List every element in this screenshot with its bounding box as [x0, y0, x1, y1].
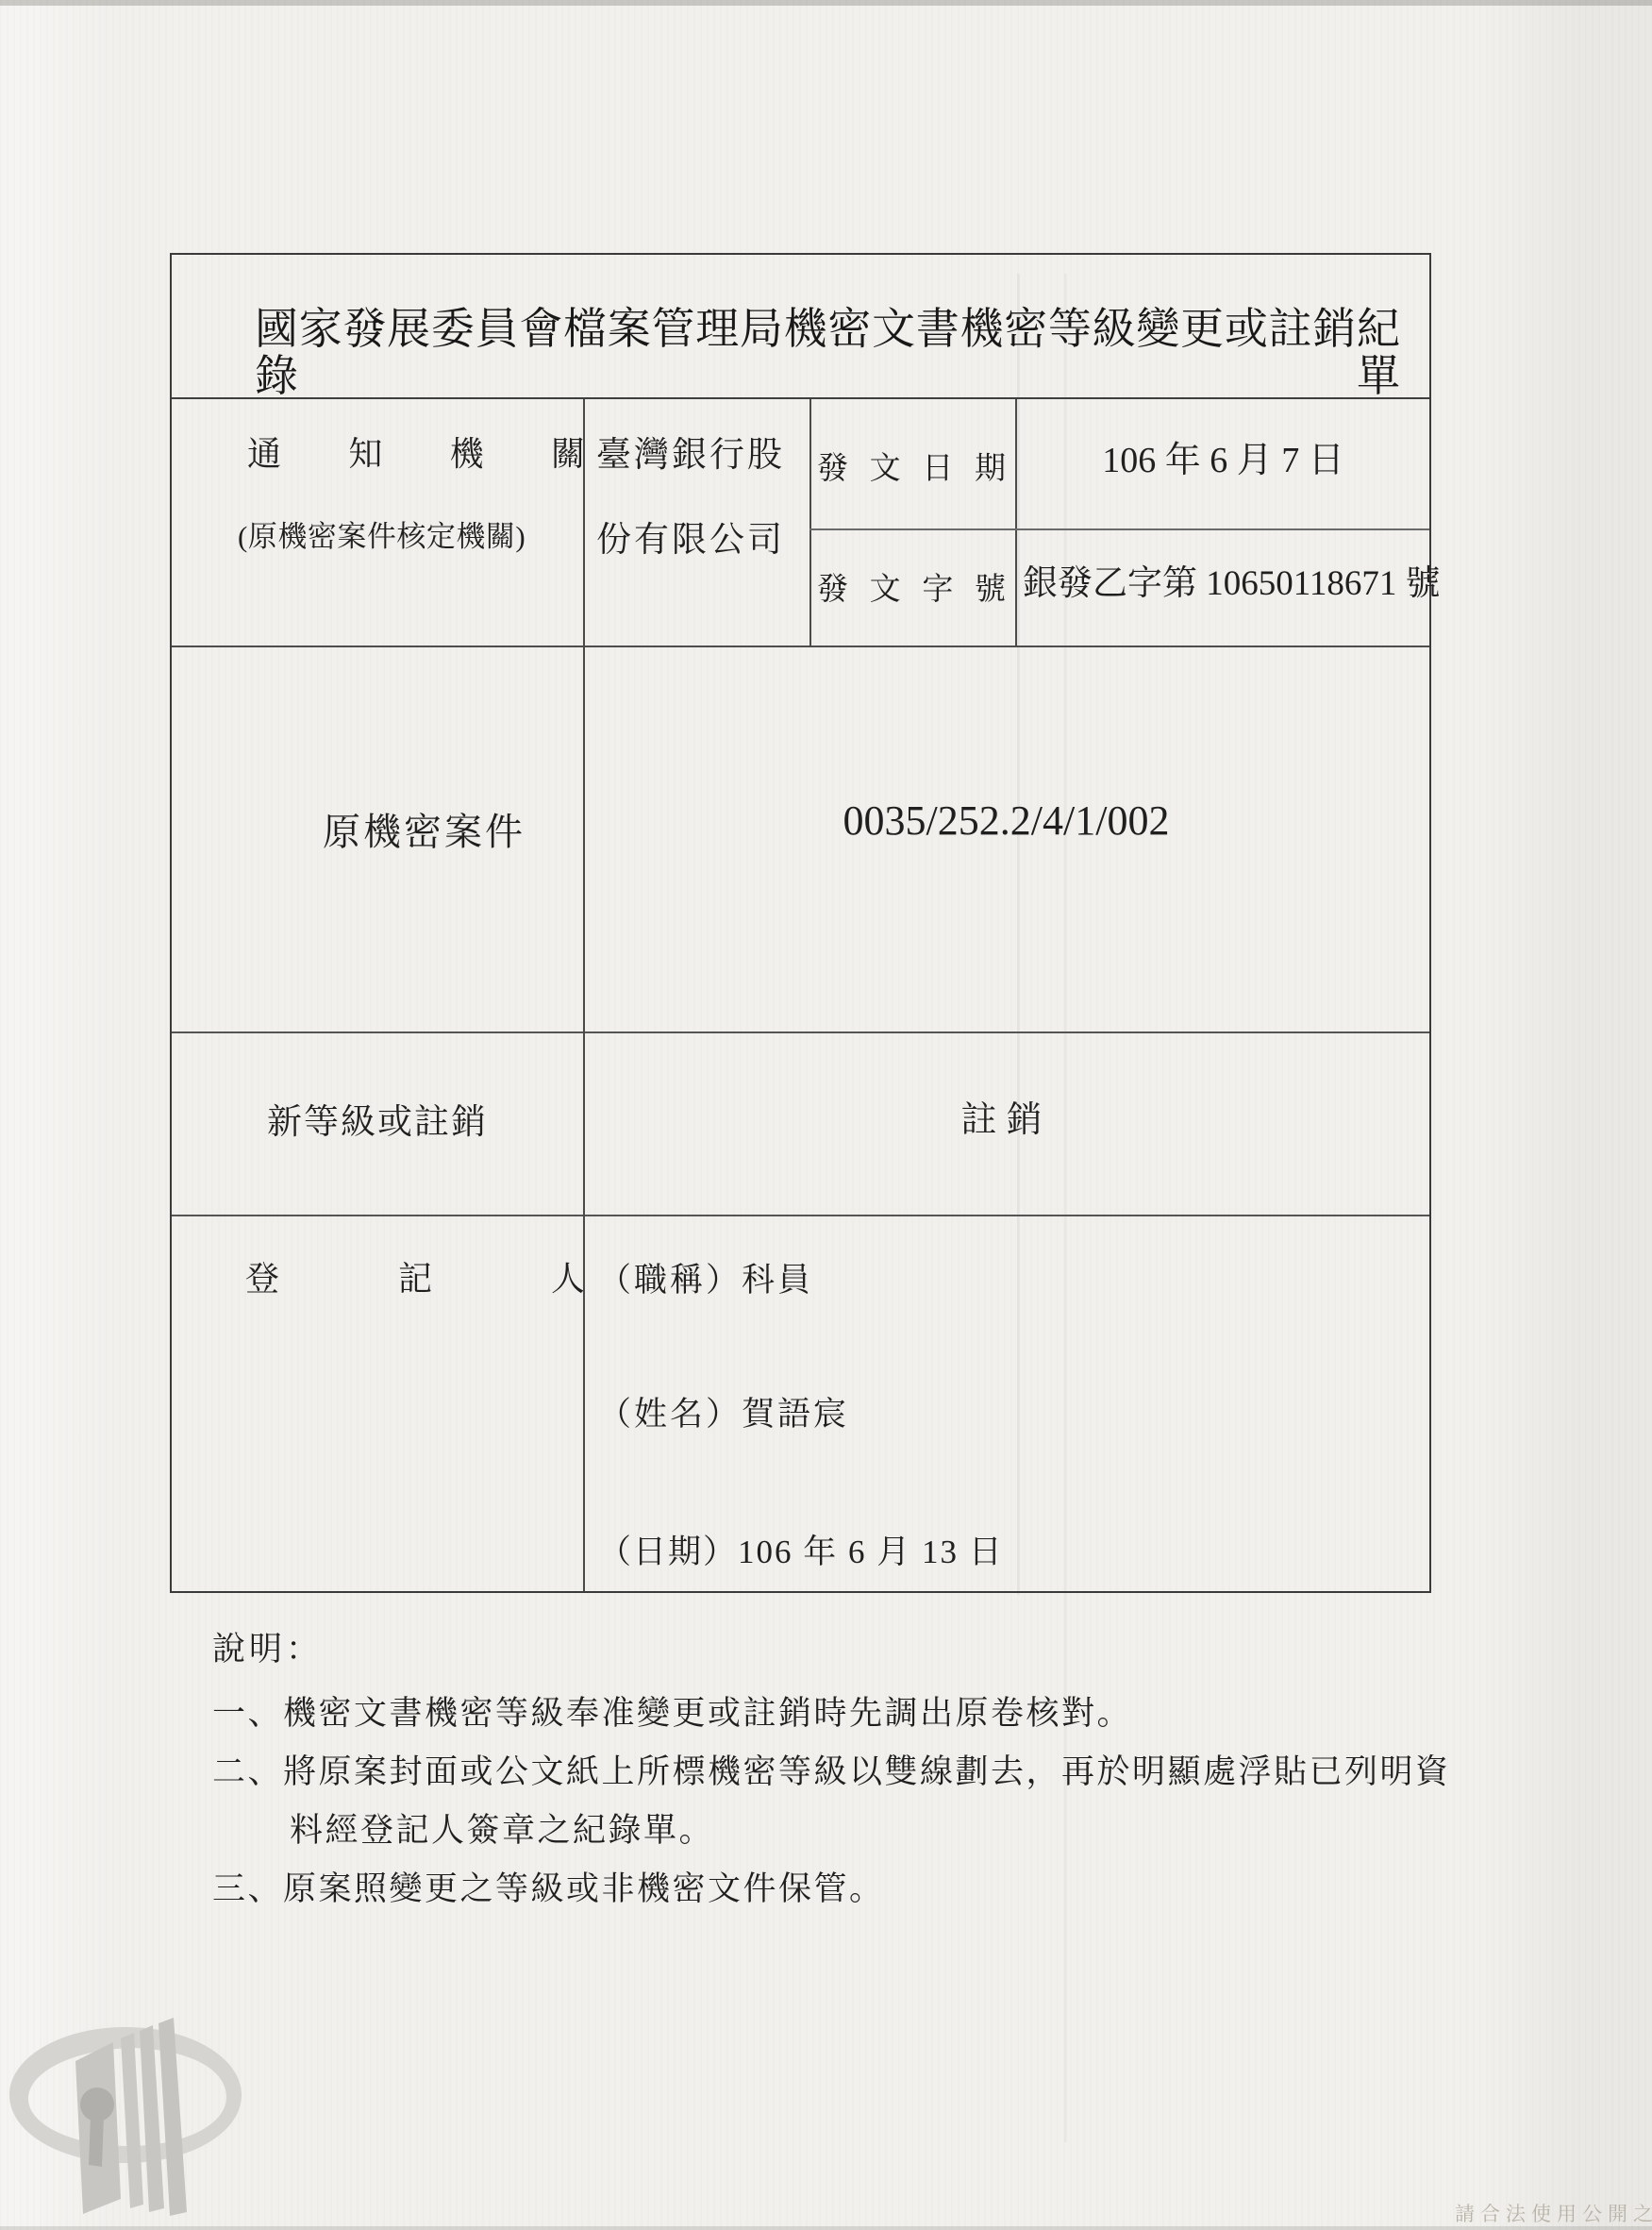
table-divider-date-column	[1015, 399, 1017, 647]
registrar-label: 登記人	[245, 1252, 585, 1300]
notify-agency-row: 通知機關 (原機密案件核定機關) 臺灣銀行股 份有限公司 發文日期 106 年 …	[172, 399, 1429, 647]
registrar-row: 登記人 （職稱）科員 （姓名）賀語宸 （日期）106 年 6 月 13 日	[172, 1216, 1429, 1591]
issue-date-value: 106 年 6 月 7 日	[1017, 430, 1429, 482]
usage-watermark-text: 請合法使用公開之影像	[1455, 2199, 1652, 2227]
notes-heading: 說明：	[212, 1623, 323, 1670]
new-level-value: 註銷	[583, 1090, 1429, 1142]
issue-date-label: 發文日期	[817, 444, 1006, 488]
note-item-2: 二、將原案封面或公文紙上所標機密等級以雙線劃去，再於明顯處浮貼已列明資	[212, 1746, 1451, 1793]
form-title-row: 國家發展委員會檔案管理局機密文書機密等級變更或註銷紀錄單	[172, 255, 1429, 399]
issue-number-value: 銀發乙字第 10650118671 號	[1023, 554, 1429, 605]
note-item-2-continued: 料經登記人簽章之紀錄單。	[290, 1804, 714, 1852]
table-divider-agency-column	[809, 399, 811, 647]
registrar-name: （姓名）賀語宸	[598, 1388, 849, 1435]
table-divider-label-column	[583, 399, 585, 1591]
archives-logo-svg	[8, 2006, 245, 2216]
notify-agency-sublabel: (原機密案件核定機關)	[238, 512, 589, 555]
note-item-1: 一、機密文書機密等級奉准變更或註銷時先調出原卷核對。	[212, 1687, 1132, 1735]
original-case-value: 0035/252.2/4/1/002	[583, 796, 1429, 845]
scanned-document-page: { "document": { "title": "國家發展委員會檔案管理局機密…	[0, 0, 1652, 2230]
notify-agency-value-line2: 份有限公司	[596, 511, 785, 562]
scan-bottom-edge	[0, 2226, 1652, 2230]
notify-agency-label: 通知機關	[247, 428, 585, 476]
new-level-row: 新等級或註銷 註銷	[172, 1033, 1429, 1216]
archives-books-keyhole-logo-icon	[8, 2006, 245, 2216]
original-case-label: 原機密案件	[323, 802, 526, 856]
record-form-table: 國家發展委員會檔案管理局機密文書機密等級變更或註銷紀錄單 通知機關 (原機密案件…	[170, 253, 1431, 1593]
original-case-row: 原機密案件 0035/252.2/4/1/002	[172, 647, 1429, 1033]
note-item-3: 三、原案照變更之等級或非機密文件保管。	[212, 1863, 885, 1910]
scan-top-edge	[0, 0, 1652, 6]
registrar-date: （日期）106 年 6 月 13 日	[598, 1526, 1004, 1573]
registrar-job-title: （職稱）科員	[598, 1254, 813, 1301]
notify-agency-value-line1: 臺灣銀行股	[596, 426, 785, 477]
form-title: 國家發展委員會檔案管理局機密文書機密等級變更或註銷紀錄單	[255, 306, 1400, 400]
new-level-label: 新等級或註銷	[172, 1093, 583, 1144]
issue-number-label: 發文字號	[817, 564, 1006, 609]
table-divider-date-number-split	[809, 528, 1429, 530]
